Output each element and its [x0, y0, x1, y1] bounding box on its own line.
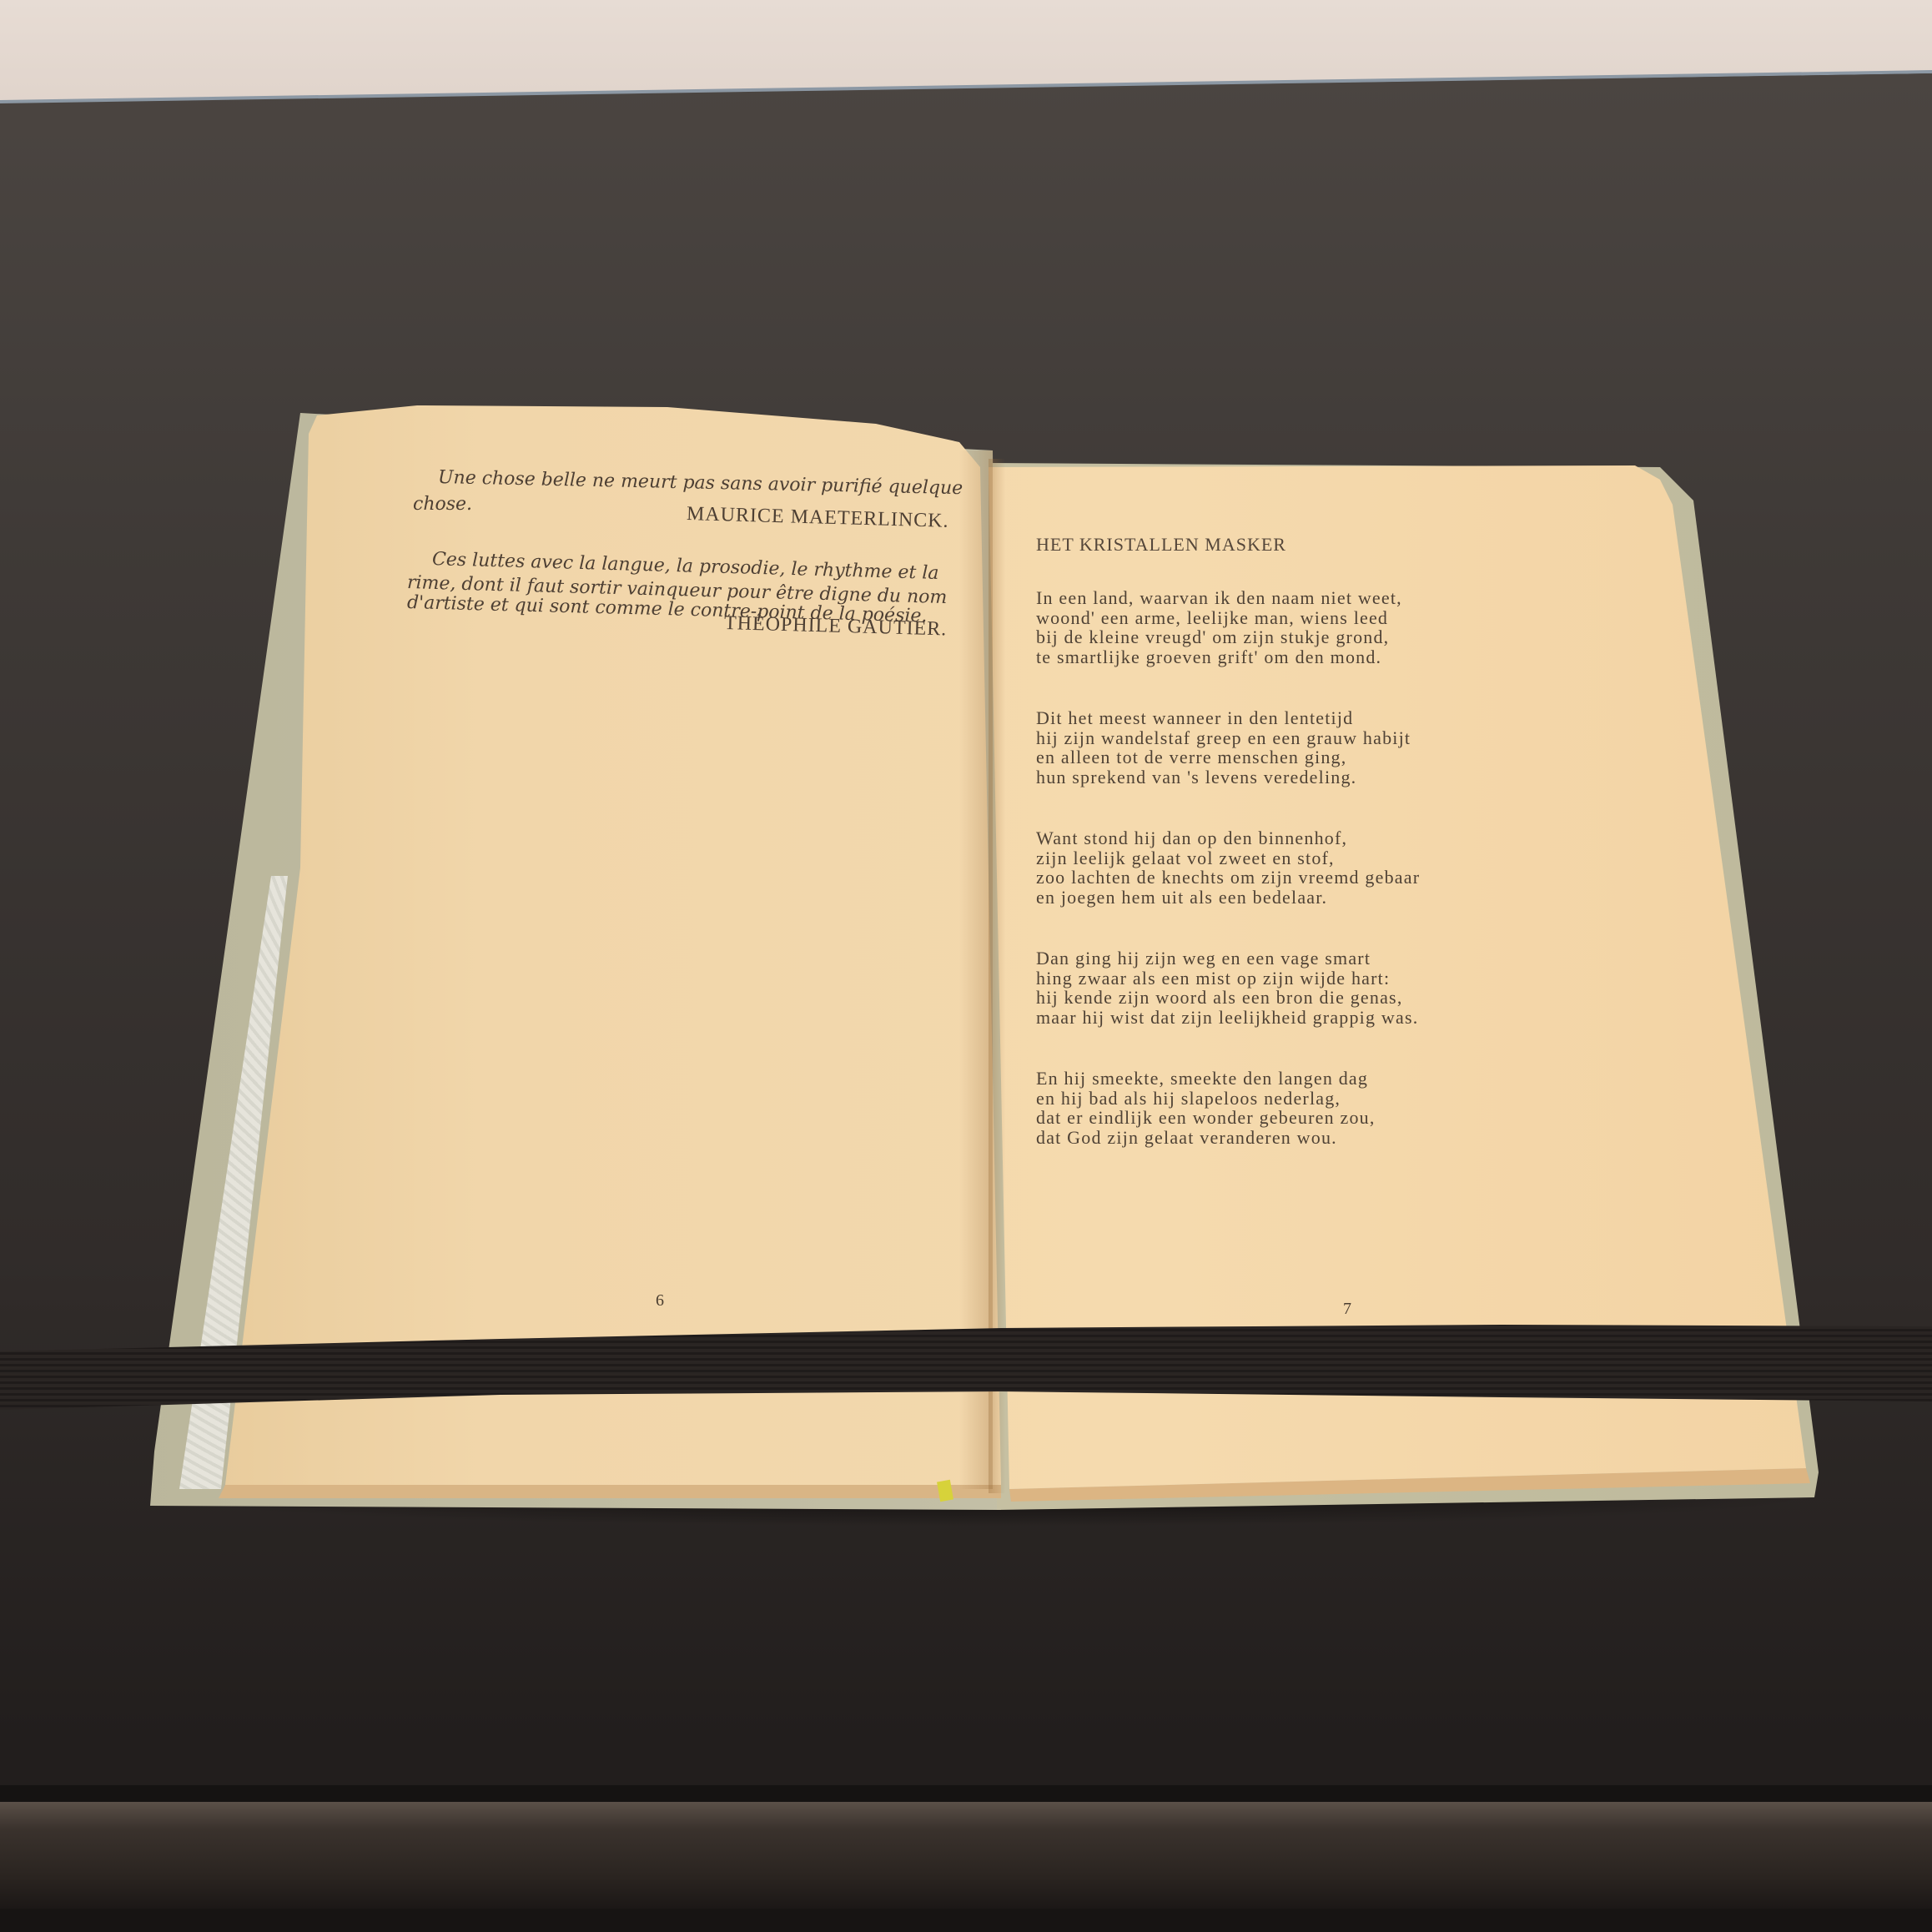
verse-line: zoo lachten de knechts om zijn vreemd ge…	[1036, 868, 1420, 888]
quote-1-line-2: chose.	[413, 494, 472, 515]
stanza: Dan ging hij zijn weg en een vage smart …	[1036, 948, 1420, 1027]
verse-line: In een land, waarvan ik den naam niet we…	[1036, 588, 1420, 608]
verse-line: dat God zijn gelaat veranderen wou.	[1036, 1128, 1420, 1148]
verse-line: bij de kleine vreugd' om zijn stukje gro…	[1036, 627, 1420, 647]
stanza: In een land, waarvan ik den naam niet we…	[1036, 588, 1420, 667]
verse-line: en hij bad als hij slapeloos nederlag,	[1036, 1089, 1420, 1109]
verse-line: dat er eindlijk een wonder gebeuren zou,	[1036, 1108, 1420, 1128]
verse-line: hun sprekend van 's levens veredeling.	[1036, 767, 1420, 787]
verse-line: Want stond hij dan op den binnenhof,	[1036, 828, 1420, 848]
poem-title: HET KRISTALLEN MASKER	[1036, 534, 1286, 556]
table-front-ledge	[0, 1802, 1932, 1910]
stanza: Want stond hij dan op den binnenhof, zij…	[1036, 828, 1420, 907]
verse-line: En hij smeekte, smeekte den langen dag	[1036, 1069, 1420, 1089]
verse-line: Dit het meest wanneer in den lentetijd	[1036, 708, 1420, 728]
verse-line: te smartlijke groeven grift' om den mond…	[1036, 647, 1420, 667]
verse-line: hij kende zijn woord als een bron die ge…	[1036, 988, 1420, 1008]
verse-line: hing zwaar als een mist op zijn wijde ha…	[1036, 969, 1420, 989]
verse-line: en joegen hem uit als een bedelaar.	[1036, 888, 1420, 908]
table-ledge-bottom	[0, 1909, 1932, 1932]
poem-body: In een land, waarvan ik den naam niet we…	[1036, 588, 1420, 1189]
stanza: En hij smeekte, smeekte den langen dag e…	[1036, 1069, 1420, 1147]
verse-line: en alleen tot de verre menschen ging,	[1036, 747, 1420, 767]
page-number-left: 6	[656, 1291, 664, 1311]
verse-line: hij zijn wandelstaf greep en een grauw h…	[1036, 728, 1420, 748]
verse-line: woond' een arme, leelijke man, wiens lee…	[1036, 608, 1420, 628]
page-number-right: 7	[1343, 1300, 1351, 1319]
verse-line: zijn leelijk gelaat vol zweet en stof,	[1036, 848, 1420, 868]
verse-line: Dan ging hij zijn weg en een vage smart	[1036, 948, 1420, 969]
photo-scene: Une chose belle ne meurt pas sans avoir …	[0, 0, 1932, 1932]
verse-line: maar hij wist dat zijn leelijkheid grapp…	[1036, 1008, 1420, 1028]
stanza: Dit het meest wanneer in den lentetijd h…	[1036, 708, 1420, 787]
